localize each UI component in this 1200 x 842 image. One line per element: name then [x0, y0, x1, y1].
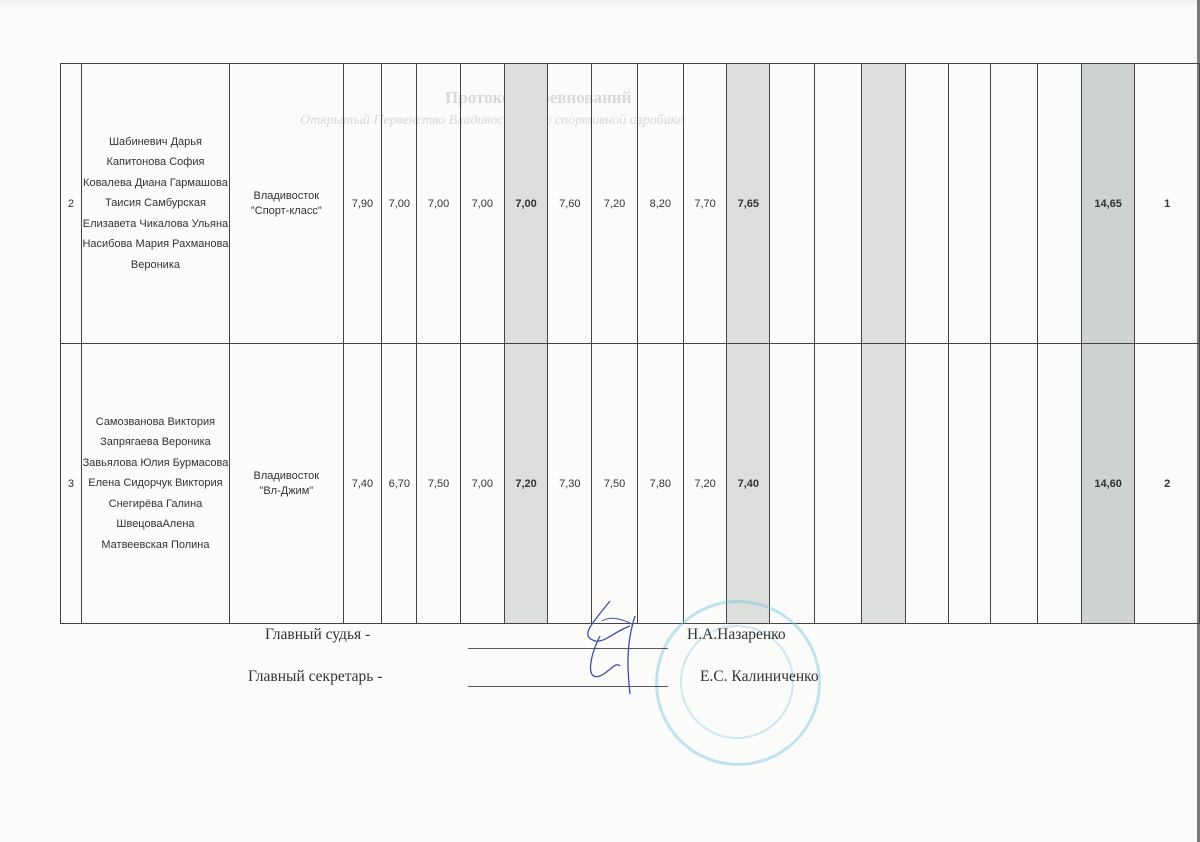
score-b-4: 7,20: [683, 344, 727, 624]
score-a-3: 7,00: [417, 64, 461, 344]
team-number: 3: [61, 344, 82, 624]
extra-1: [770, 344, 815, 624]
secretary-label: Главный секретарь -: [248, 668, 382, 686]
score-a-2: 7,00: [382, 64, 417, 344]
total-score: 14,60: [1081, 344, 1135, 624]
extra-2: [814, 64, 861, 344]
score-b-total: 7,40: [727, 344, 770, 624]
extra-5: [949, 64, 991, 344]
score-b-4: 7,70: [683, 64, 727, 344]
secretary-name: Е.С. Калиниченко: [700, 668, 819, 686]
extra-4: [905, 64, 949, 344]
result-row: 2 Шабиневич Дарья Капитонова София Ковал…: [61, 64, 1200, 344]
team-club: Владивосток"Спорт-класс": [230, 64, 343, 344]
extra-5: [949, 344, 991, 624]
team-club: Владивосток"Вл-Джим": [230, 344, 343, 624]
score-a-2: 6,70: [382, 344, 417, 624]
place: 2: [1135, 344, 1200, 624]
score-b-1: 7,60: [548, 64, 592, 344]
judge-signature-line: [468, 648, 668, 649]
score-a-total: 7,20: [504, 344, 548, 624]
score-a-4: 7,00: [460, 64, 504, 344]
extra-2: [814, 344, 861, 624]
place: 1: [1135, 64, 1200, 344]
extra-3: [862, 64, 906, 344]
extra-6: [990, 64, 1037, 344]
score-a-total: 7,00: [504, 64, 548, 344]
extra-1: [770, 64, 815, 344]
score-a-1: 7,90: [343, 64, 382, 344]
score-b-total: 7,65: [727, 64, 770, 344]
score-b-2: 7,50: [592, 344, 638, 624]
total-score: 14,65: [1081, 64, 1135, 344]
page-top-shadow: [0, 0, 1197, 8]
judge-label: Главный судья -: [265, 626, 370, 644]
score-b-2: 7,20: [592, 64, 638, 344]
score-b-3: 8,20: [637, 64, 683, 344]
extra-7: [1038, 344, 1082, 624]
secretary-signature-line: [468, 686, 668, 687]
extra-6: [990, 344, 1037, 624]
team-number: 2: [61, 64, 82, 344]
judge-name: Н.А.Назаренко: [687, 626, 786, 644]
signature-icon: [540, 596, 650, 696]
extra-3: [862, 344, 906, 624]
result-row: 3 Самозванова Виктория Запрягаева Верони…: [61, 344, 1200, 624]
score-a-1: 7,40: [343, 344, 382, 624]
athlete-names: Шабиневич Дарья Капитонова София Ковалев…: [81, 64, 229, 344]
score-b-1: 7,30: [548, 344, 592, 624]
extra-7: [1038, 64, 1082, 344]
score-a-3: 7,50: [417, 344, 461, 624]
score-b-3: 7,80: [637, 344, 683, 624]
score-a-4: 7,00: [460, 344, 504, 624]
extra-4: [905, 344, 949, 624]
results-table: 2 Шабиневич Дарья Капитонова София Ковал…: [60, 63, 1200, 624]
athlete-names: Самозванова Виктория Запрягаева Вероника…: [81, 344, 229, 624]
